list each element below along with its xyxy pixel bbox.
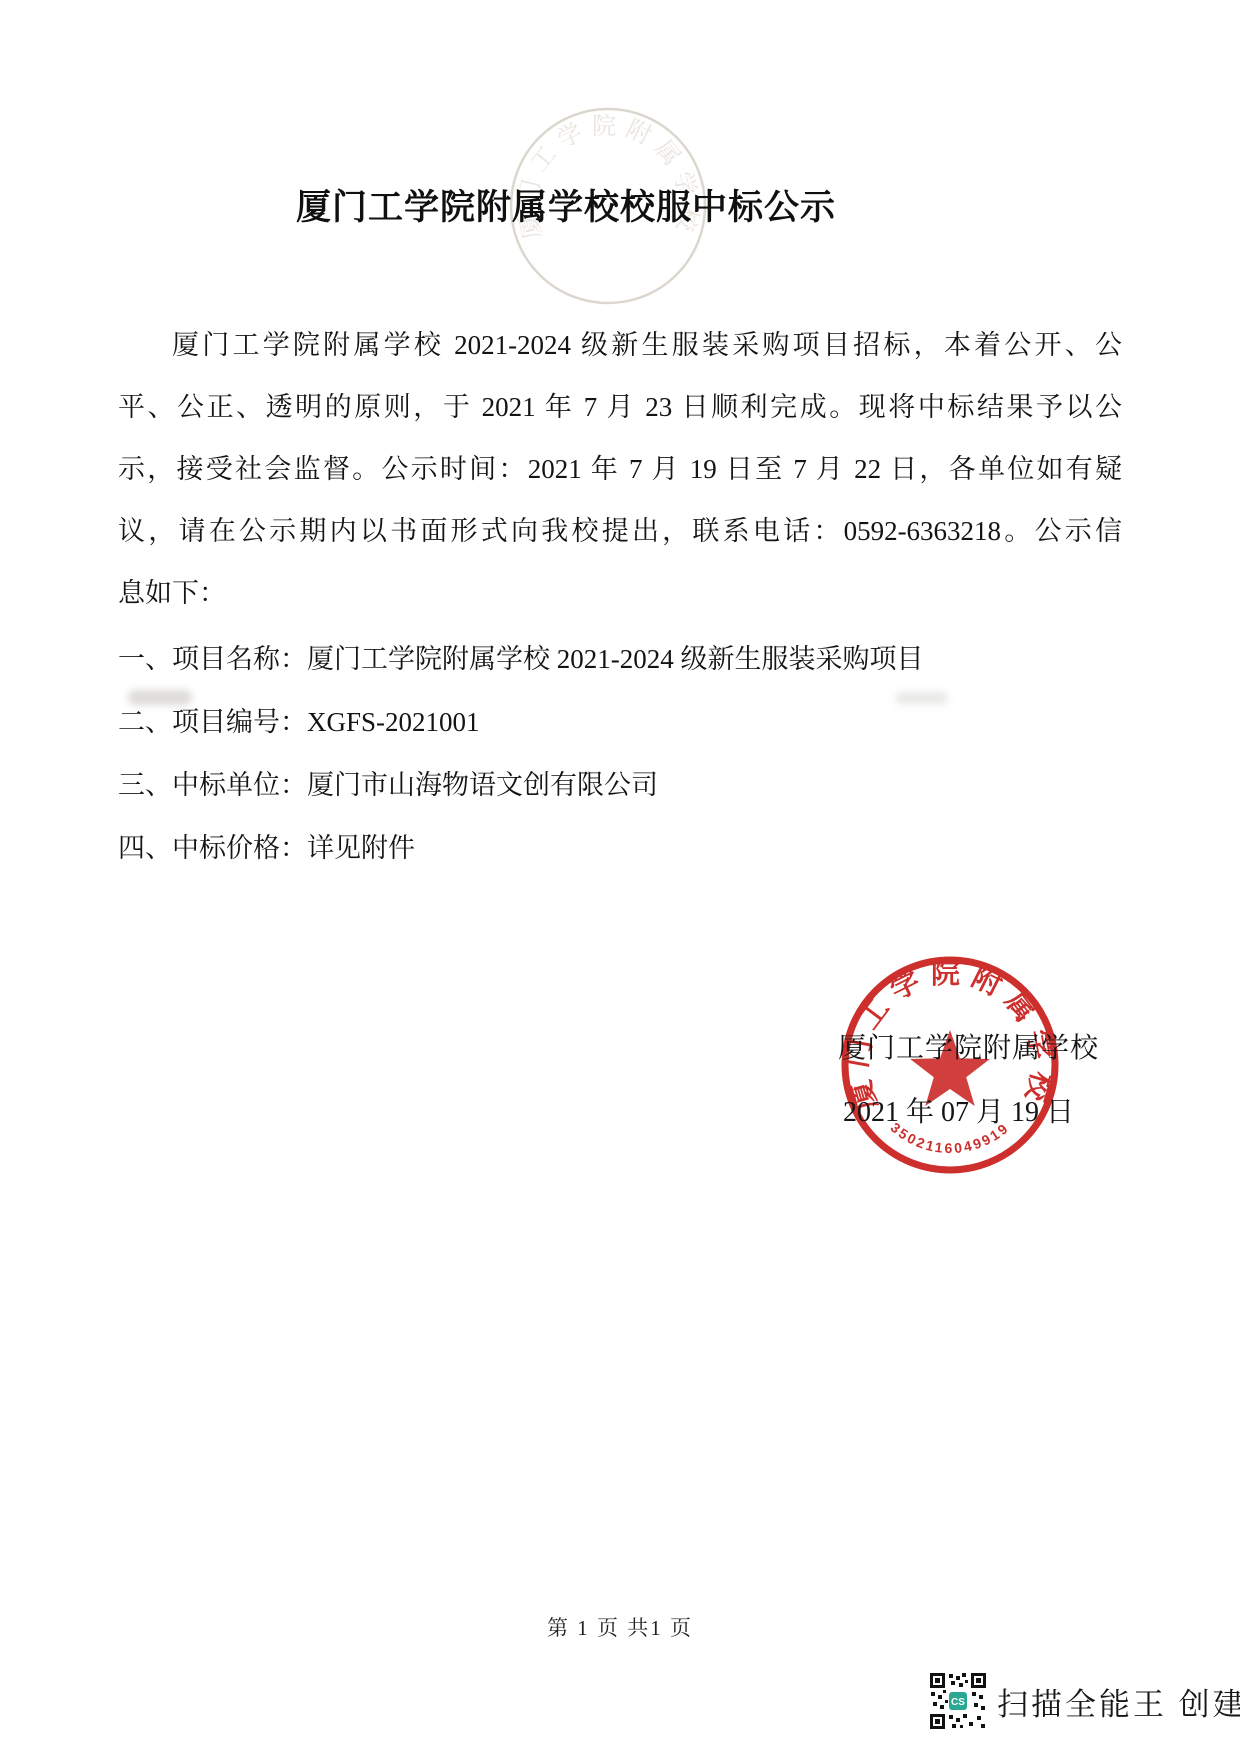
- signature-organization: 厦门工学院附属学校: [838, 1026, 1099, 1066]
- scanned-document-page: 厦门工学院附属学校 厦门工学院附属学校校服中标公示 厦门工学院附属学校 2021…: [0, 0, 1240, 1755]
- list-item: 三、中标单位：厦门市山海物语文创有限公司: [118, 754, 1122, 817]
- body-paragraph: 厦门工学院附属学校 2021-2024 级新生服装采购项目招标，本着公开、公平、…: [118, 314, 1122, 624]
- list-item: 四、中标价格：详见附件: [118, 817, 1122, 880]
- body-line: 息如下：: [118, 562, 1122, 624]
- body-line: 议，请在公示期内以书面形式向我校提出，联系电话：0592-6363218。公示信: [118, 500, 1122, 562]
- camscanner-badge-text: CS: [951, 1697, 965, 1708]
- body-line: 平、公正、透明的原则，于 2021 年 7 月 23 日顺利完成。现将中标结果予…: [118, 376, 1122, 438]
- scanner-credit-label: 扫描全能王 创建: [997, 1679, 1240, 1724]
- qr-code-icon: CS: [929, 1672, 987, 1730]
- page-title: 厦门工学院附属学校校服中标公示: [0, 180, 1132, 230]
- list-item: 一、项目名称：厦门工学院附属学校 2021-2024 级新生服装采购项目: [118, 628, 1122, 691]
- list-block: 一、项目名称：厦门工学院附属学校 2021-2024 级新生服装采购项目二、项目…: [118, 628, 1122, 880]
- scanner-credit: CS 扫描全能王 创建: [929, 1672, 1240, 1730]
- signature-date: 2021 年 07 月 19 日: [843, 1090, 1074, 1130]
- page-indicator: 第 1 页 共1 页: [0, 1612, 1240, 1642]
- body-line: 厦门工学院附属学校 2021-2024 级新生服装采购项目招标，本着公开、公: [118, 314, 1122, 376]
- body-line: 示，接受社会监督。公示时间：2021 年 7 月 19 日至 7 月 22 日，…: [118, 438, 1122, 500]
- list-item: 二、项目编号：XGFS-2021001: [118, 691, 1122, 754]
